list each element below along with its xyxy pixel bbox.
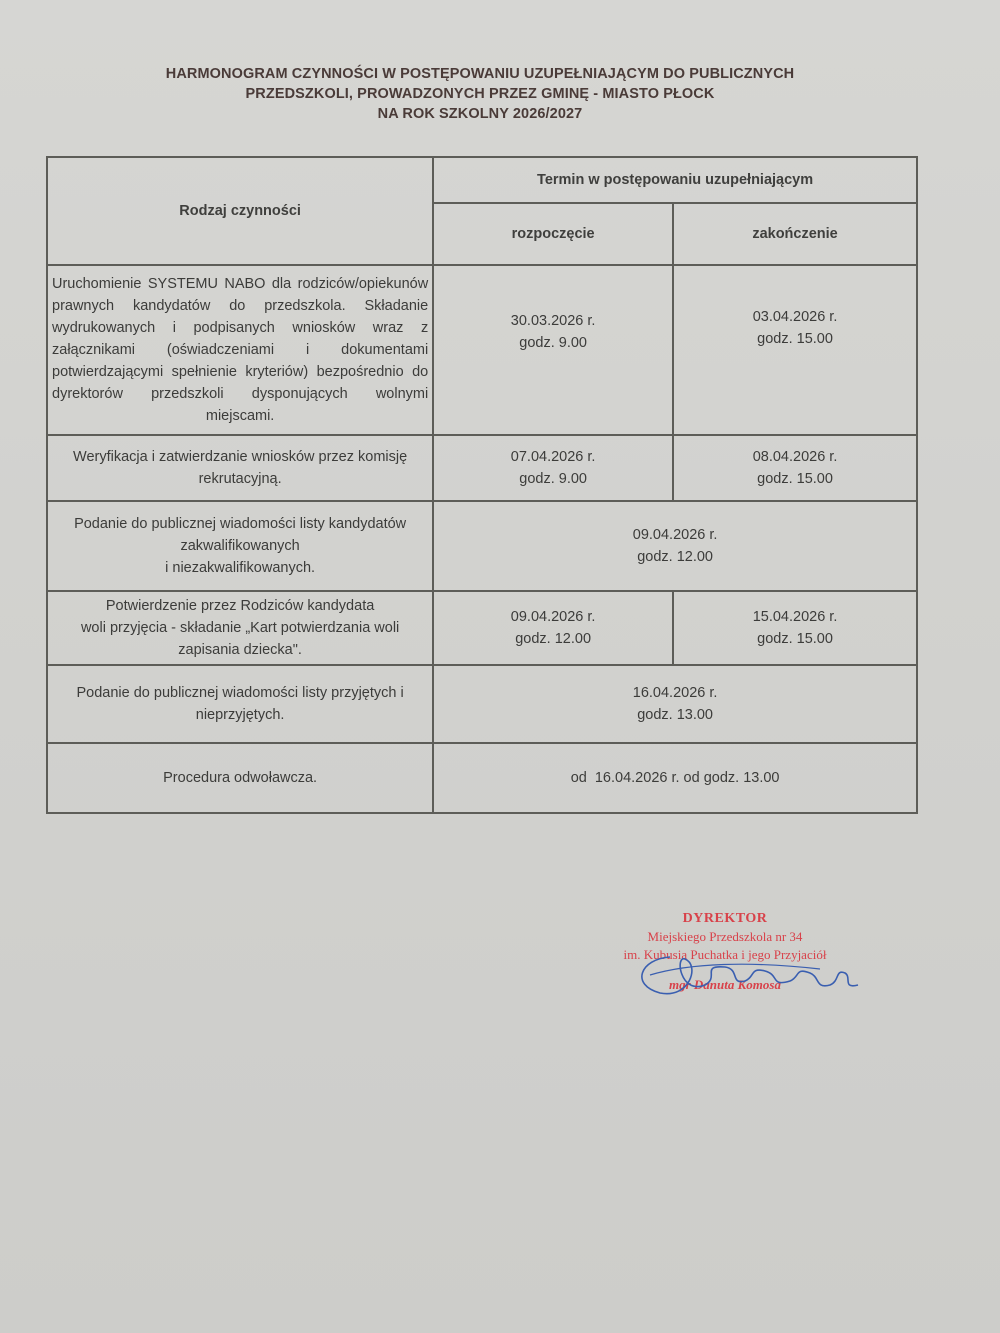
director-stamp: DYREKTOR Miejskiego Przedszkola nr 34 im… bbox=[600, 910, 850, 994]
header-activity: Rodzaj czynności bbox=[47, 157, 433, 265]
start-cell: 07.04.2026 r. godz. 9.00 bbox=[433, 435, 673, 501]
end-date: 03.04.2026 r. bbox=[678, 306, 912, 328]
term-date: 16.04.2026 r. bbox=[438, 682, 912, 704]
header-term-group: Termin w postępowaniu uzupełniającym bbox=[433, 157, 917, 203]
term-time: godz. 13.00 bbox=[438, 704, 912, 726]
activity-cell: Podanie do publicznej wiadomości listy k… bbox=[47, 501, 433, 591]
activity-cell: Weryfikacja i zatwierdzanie wniosków prz… bbox=[47, 435, 433, 501]
activity-line: zakwalifikowanych bbox=[52, 535, 428, 557]
document-title: HARMONOGRAM CZYNNOŚCI W POSTĘPOWANIU UZU… bbox=[0, 64, 960, 124]
start-cell: 30.03.2026 r. godz. 9.00 bbox=[433, 265, 673, 435]
activity-line: woli przyjęcia - składanie „Kart potwier… bbox=[52, 617, 428, 639]
term-cell: 16.04.2026 r. godz. 13.00 bbox=[433, 665, 917, 743]
start-date: 09.04.2026 r. bbox=[438, 606, 668, 628]
table-row: Podanie do publicznej wiadomości listy k… bbox=[47, 501, 917, 591]
term-cell: 09.04.2026 r. godz. 12.00 bbox=[433, 501, 917, 591]
start-cell: 09.04.2026 r. godz. 12.00 bbox=[433, 591, 673, 665]
end-cell: 08.04.2026 r. godz. 15.00 bbox=[673, 435, 917, 501]
schedule-table: Rodzaj czynności Termin w postępowaniu u… bbox=[46, 156, 918, 814]
activity-line: i niezakwalifikowanych. bbox=[52, 557, 428, 579]
activity-cell: Potwierdzenie przez Rodziców kandydata w… bbox=[47, 591, 433, 665]
table-row: Uruchomienie SYSTEMU NABO dla rodziców/o… bbox=[47, 265, 917, 435]
title-line-2: PRZEDSZKOLI, PROWADZONYCH PRZEZ GMINĘ - … bbox=[0, 84, 960, 104]
activity-line: Podanie do publicznej wiadomości listy k… bbox=[52, 513, 428, 535]
activity-cell: Podanie do publicznej wiadomości listy p… bbox=[47, 665, 433, 743]
start-time: godz. 12.00 bbox=[438, 628, 668, 650]
table-row: Procedura odwoławcza. od 16.04.2026 r. o… bbox=[47, 743, 917, 813]
title-line-1: HARMONOGRAM CZYNNOŚCI W POSTĘPOWANIU UZU… bbox=[0, 64, 960, 84]
table-row: Potwierdzenie przez Rodziców kandydata w… bbox=[47, 591, 917, 665]
end-cell: 03.04.2026 r. godz. 15.00 bbox=[673, 265, 917, 435]
start-date: 30.03.2026 r. bbox=[438, 310, 668, 332]
activity-cell: Procedura odwoławcza. bbox=[47, 743, 433, 813]
stamp-line-1: Miejskiego Przedszkola nr 34 bbox=[600, 928, 850, 946]
end-time: godz. 15.00 bbox=[678, 468, 912, 490]
start-date: 07.04.2026 r. bbox=[438, 446, 668, 468]
end-date: 15.04.2026 r. bbox=[678, 606, 912, 628]
end-time: godz. 15.00 bbox=[678, 328, 912, 350]
activity-line: zapisania dziecka". bbox=[52, 639, 428, 661]
header-end: zakończenie bbox=[673, 203, 917, 265]
start-time: godz. 9.00 bbox=[438, 468, 668, 490]
stamp-line-2: im. Kubusia Puchatka i jego Przyjaciół bbox=[600, 946, 850, 964]
title-line-3: NA ROK SZKOLNY 2026/2027 bbox=[0, 104, 960, 124]
end-date: 08.04.2026 r. bbox=[678, 446, 912, 468]
stamp-name: mgr Danuta Komosa bbox=[600, 976, 850, 994]
end-time: godz. 15.00 bbox=[678, 628, 912, 650]
header-start: rozpoczęcie bbox=[433, 203, 673, 265]
term-date: 09.04.2026 r. bbox=[438, 524, 912, 546]
table-row: Podanie do publicznej wiadomości listy p… bbox=[47, 665, 917, 743]
activity-cell: Uruchomienie SYSTEMU NABO dla rodziców/o… bbox=[47, 265, 433, 435]
stamp-title: DYREKTOR bbox=[600, 910, 850, 928]
term-cell: od 16.04.2026 r. od godz. 13.00 bbox=[433, 743, 917, 813]
start-time: godz. 9.00 bbox=[438, 332, 668, 354]
activity-line: Potwierdzenie przez Rodziców kandydata bbox=[52, 595, 428, 617]
end-cell: 15.04.2026 r. godz. 15.00 bbox=[673, 591, 917, 665]
table-row: Weryfikacja i zatwierdzanie wniosków prz… bbox=[47, 435, 917, 501]
term-time: godz. 12.00 bbox=[438, 546, 912, 568]
